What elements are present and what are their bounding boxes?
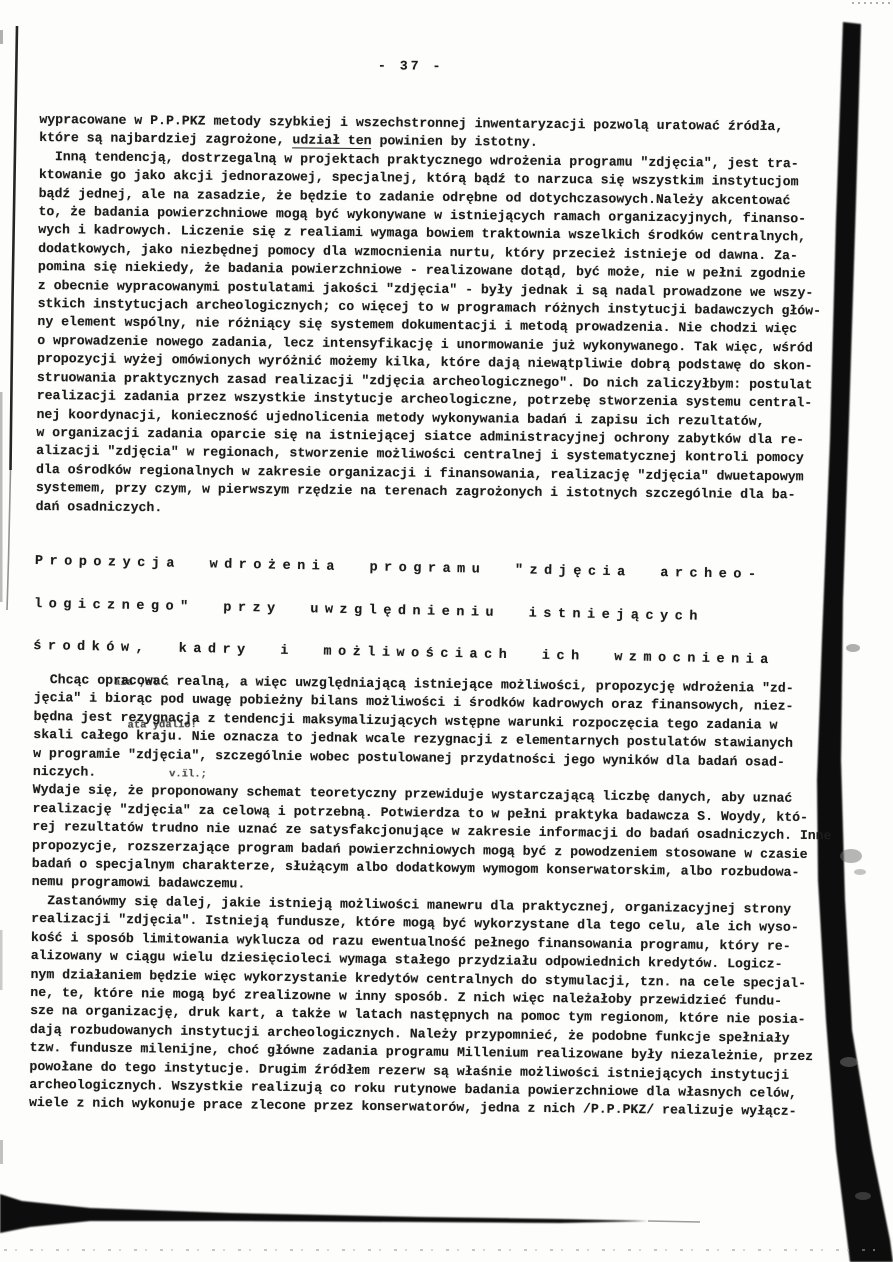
paragraph-2: Chcąc opracować realną, a więc uwzględni… <box>29 671 824 1122</box>
scan-artifact-bottom-streak <box>0 1194 700 1233</box>
document-content: - 37 - wypracowane w P.P.PKZ metody szyb… <box>30 55 830 1121</box>
scan-artifact-bottom-dots <box>4 1249 876 1251</box>
scan-artifact-topright-dots <box>852 2 892 4</box>
scan-artifact-left-line <box>0 26 17 1164</box>
page-number: - 37 - <box>378 58 830 78</box>
paragraph-1: wypracowane w P.P.PKZ metody szybkiej i … <box>36 111 830 524</box>
page-scan: - 37 - wypracowane w P.P.PKZ metody szyb… <box>0 0 893 1262</box>
